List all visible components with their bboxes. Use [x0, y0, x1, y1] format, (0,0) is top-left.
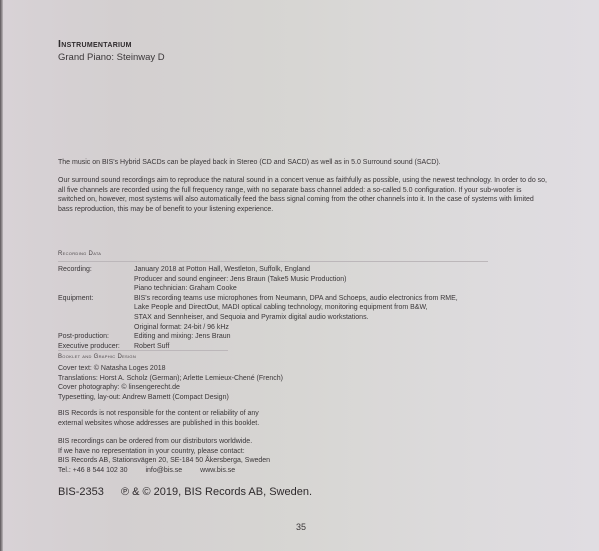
instrument-line: Grand Piano: Steinway D — [58, 52, 165, 63]
row-value: Piano technician: Graham Cooke — [134, 284, 346, 294]
disclaimer: BIS Records is not responsible for the c… — [58, 409, 259, 428]
row-value: Producer and sound engineer: Jens Braun … — [134, 275, 346, 285]
contact-line: Tel.: +46 8 544 102 30 info@bis.se www.b… — [58, 466, 270, 476]
page-number: 35 — [296, 522, 306, 532]
row-label: Post-production: — [58, 332, 134, 342]
credit-line: Cover photography: © linsengerecht.de — [58, 383, 283, 393]
instrumentarium-heading: Instrumentarium — [58, 38, 132, 50]
row-value: STAX and Sennheiser, and Sequoia and Pyr… — [134, 313, 458, 323]
row-values: BIS's recording teams use microphones fr… — [134, 294, 458, 332]
row-value: Original format: 24-bit / 96 kHz — [134, 323, 458, 333]
email-link[interactable]: info@bis.se — [145, 466, 182, 476]
recording-data-divider — [58, 261, 488, 262]
catalog-number: BIS-2353 — [58, 486, 104, 498]
booklet-design-heading: Booklet and Graphic Design — [58, 354, 136, 360]
booklet-design-credits: Cover text: © Natasha Loges 2018 Transla… — [58, 364, 283, 402]
post-production-row: Post-production: Editing and mixing: Jen… — [58, 332, 458, 342]
row-value: Editing and mixing: Jens Braun — [134, 332, 231, 342]
page-binding-edge — [0, 0, 3, 551]
recording-data-table: Recording: January 2018 at Potton Hall, … — [58, 265, 458, 351]
recording-data-heading: Recording Data — [58, 251, 101, 257]
disclaimer-line: external websites whose addresses are pu… — [58, 419, 259, 429]
credit-line: Typesetting, lay-out: Andrew Barnett (Co… — [58, 393, 283, 403]
copyright-notice: ℗ & © 2019, BIS Records AB, Sweden. — [121, 486, 312, 498]
row-value: BIS's recording teams use microphones fr… — [134, 294, 458, 304]
surround-paragraph-1: The music on BIS's Hybrid SACDs can be p… — [58, 158, 548, 168]
ordering-info: BIS recordings can be ordered from our d… — [58, 437, 270, 475]
surround-paragraph-2: Our surround sound recordings aim to rep… — [58, 176, 548, 214]
credit-line: Cover text: © Natasha Loges 2018 — [58, 364, 283, 374]
recording-row: Recording: January 2018 at Potton Hall, … — [58, 265, 458, 294]
telephone: Tel.: +46 8 544 102 30 — [58, 466, 127, 476]
disclaimer-line: BIS Records is not responsible for the c… — [58, 409, 259, 419]
row-label: Recording: — [58, 265, 134, 294]
website-link[interactable]: www.bis.se — [200, 466, 235, 476]
row-values: Editing and mixing: Jens Braun — [134, 332, 231, 342]
row-value: Lake People and DirectOut, MADI optical … — [134, 303, 458, 313]
ordering-line: If we have no representation in your cou… — [58, 447, 270, 457]
section-divider — [58, 350, 228, 351]
address-line: BIS Records AB, Stationsvägen 20, SE-184… — [58, 456, 270, 466]
row-value: January 2018 at Potton Hall, Westleton, … — [134, 265, 346, 275]
equipment-row: Equipment: BIS's recording teams use mic… — [58, 294, 458, 332]
credit-line: Translations: Horst A. Scholz (German); … — [58, 374, 283, 384]
row-label: Equipment: — [58, 294, 134, 332]
footer: BIS-2353 ℗ & © 2019, BIS Records AB, Swe… — [58, 486, 312, 498]
ordering-line: BIS recordings can be ordered from our d… — [58, 437, 270, 447]
row-values: January 2018 at Potton Hall, Westleton, … — [134, 265, 346, 294]
